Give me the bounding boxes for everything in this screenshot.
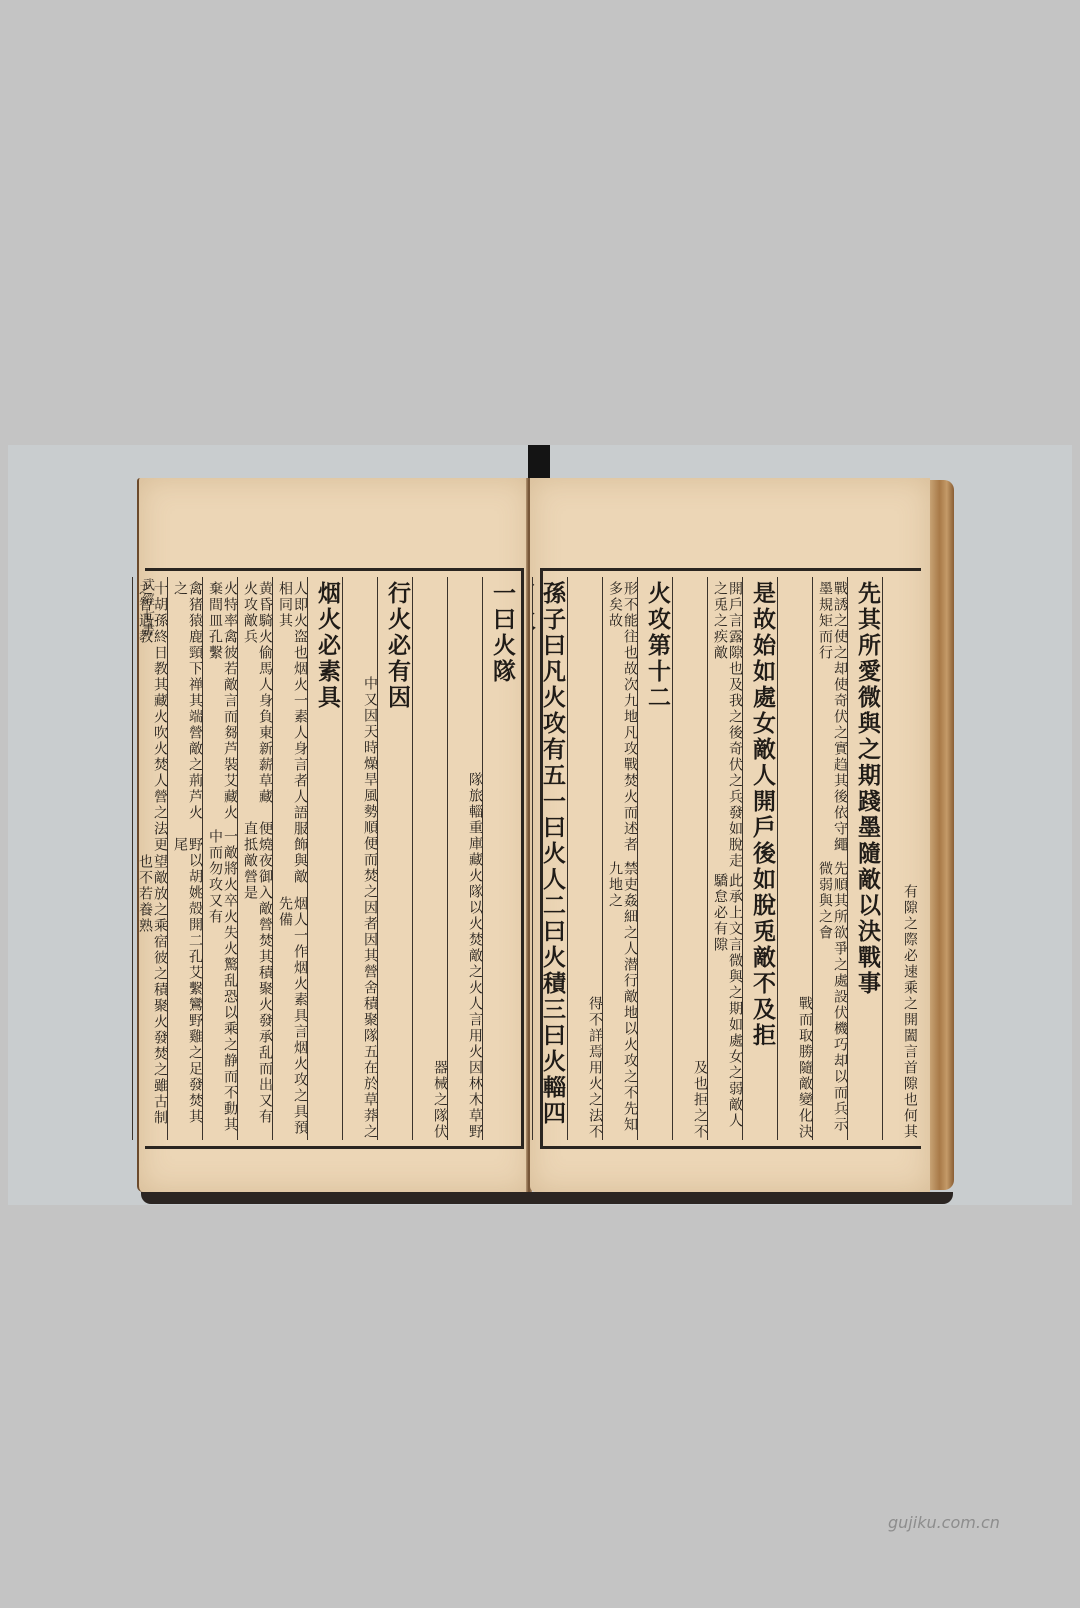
annotation-line: 人即火盗也烟火一素人身言者人語服飾與敵相同其 (273, 581, 307, 896)
left-page: 武經七書 一曰火隊火人言用火因林木草野隊旅輜重庫藏火隊以火焚敵之之隊伏器械行火必… (137, 478, 530, 1192)
annotation-line: 戰誘之使之却使奇伏之實趋其後依守繩墨規矩而行 (813, 581, 847, 861)
annotation-line: 隊旅輜重庫藏火隊以火焚敵之 (448, 772, 482, 980)
text-column-annotation: 之隊伏器械 (412, 577, 447, 1140)
annotation-line: 形不能往也故次九地凡攻戰焚火而述者多矣故 (603, 581, 637, 861)
annotation-line: 先順其所欲爭之處設伏機巧却以而兵示微弱與之會 (813, 861, 847, 1141)
annotation-line: 開戶言露隙也及我之後奇伏之兵發如脫走之兎之疾敵 (708, 581, 742, 873)
text-column-annotation: 火人言用火因林木草野隊旅輜重庫藏火隊以火焚敵之 (447, 577, 482, 1140)
text-column-annotation: 一敵將火卒火失火驚乱恐以乘之静而不動其中而勿攻又有火特率禽彼若敵言而芻芦裝艾藏火… (202, 577, 237, 1140)
text-column-heading: 火攻第十二 (637, 577, 672, 1140)
text-column-annotation: 因者因其營舍積聚隊五在於草莽之中又因天時燥旱風勢順便而焚之 (342, 577, 377, 1140)
text-column-annotation: 此承上文言微與之期如處女之弱敵人驕怠必有隙開戶言露隙也及我之後奇伏之兵發如脫走之… (707, 577, 742, 1140)
text-column-annotation: 用火之法不得不詳焉 (567, 577, 602, 1140)
annotation-line: 火特率禽彼若敵言而芻芦裝艾藏火棄間皿孔繫 (203, 581, 237, 829)
annotation-line: 拒之不 (673, 1092, 707, 1140)
text-column-heading: 行火必有因 (377, 577, 412, 1140)
page-fore-edge (930, 480, 954, 1190)
text-column-heading: 烟火必素具 (307, 577, 342, 1140)
annotation-line: 此承上文言微與之期如處女之弱敵人驕怠必有隙 (708, 873, 742, 1140)
text-column-annotation: 拒之不及也 (672, 577, 707, 1140)
text-column-heading: 一曰火隊 (482, 577, 517, 1140)
annotation-line: 野以胡姚殻開二孔艾繫鸞野雞之足發焚其尾 (168, 837, 202, 1140)
annotation-line: 因者因其營舍積聚隊五在於草莽之 (343, 900, 377, 1140)
annotation-line: 用火之法不 (568, 1060, 602, 1140)
annotation-line: 十胡孫終日教其藏火吹火焚人營之法更之智遇教 (133, 581, 167, 854)
book-shadow (141, 1192, 953, 1204)
text-column-annotation: 野以胡姚殻開二孔艾繫鸞野雞之足發焚其尾禽猪猿鹿頸下禅其端營敵之荊芦火之 (167, 577, 202, 1140)
print-frame-right: 開闔言首隙也何其有隙之際必速乘之先其所愛微與之期踐墨隨敵以決戰事先順其所欲爭之處… (540, 568, 921, 1149)
text-columns-right: 開闔言首隙也何其有隙之際必速乘之先其所愛微與之期踐墨隨敵以決戰事先順其所欲爭之處… (547, 577, 917, 1140)
text-columns-left: 一曰火隊火人言用火因林木草野隊旅輜重庫藏火隊以火焚敵之之隊伏器械行火必有因因者因… (149, 577, 517, 1140)
annotation-line: 一敵將火卒火失火驚乱恐以乘之静而不動其中而勿攻又有 (203, 829, 237, 1140)
annotation-line: 有隙之際必速乘之 (883, 884, 917, 1012)
annotation-line: 望敵放之乘宿彼之積聚火發焚之雖古制也不若養熟 (133, 854, 167, 1140)
annotation-line: 便燒夜御入敵營焚其積聚火發承乱而出又有直抵敵營是 (238, 821, 272, 1140)
annotation-line: 戰而取勝 (778, 996, 812, 1060)
annotation-line: 火人言用火因林木草野 (448, 980, 482, 1140)
annotation-line: 中又因天時燥旱風勢順便而焚之 (343, 676, 377, 900)
annotation-line: 之隊伏 (413, 1092, 447, 1140)
text-column-heading: 先其所愛微與之期踐墨隨敵以決戰事 (847, 577, 882, 1140)
text-column-annotation: 開闔言首隙也何其有隙之際必速乘之 (882, 577, 917, 1140)
annotation-line: 隨敵變化決 (778, 1060, 812, 1140)
open-book: 武經七書 一曰火隊火人言用火因林木草野隊旅輜重庫藏火隊以火焚敵之之隊伏器械行火必… (137, 478, 957, 1206)
annotation-line: 黄昏騎火偷馬人身負東新薪草藏火攻敵兵 (238, 581, 272, 821)
text-column-heading: 是故始如處女敵人開戶後如脫兎敵不及拒 (742, 577, 777, 1140)
annotation-line: 烟人一作烟火素具言烟火攻之具預先備 (273, 896, 307, 1140)
annotation-line: 禽猪猿鹿頸下禅其端營敵之荊芦火之 (168, 581, 202, 837)
text-column-annotation: 烟人一作烟火素具言烟火攻之具預先備人即火盗也烟火一素人身言者人語服飾與敵相同其 (272, 577, 307, 1140)
watermark: gujiku.com.cn (888, 1513, 1000, 1532)
text-column-annotation: 禁吏姦細之人潜行敵地以火攻之不先知九地之形不能往也故次九地凡攻戰焚火而述者多矣故 (602, 577, 637, 1140)
text-column-annotation: 先順其所欲爭之處設伏機巧却以而兵示微弱與之會戰誘之使之却使奇伏之實趋其後依守繩墨… (812, 577, 847, 1140)
print-frame-left: 一曰火隊火人言用火因林木草野隊旅輜重庫藏火隊以火焚敵之之隊伏器械行火必有因因者因… (145, 568, 524, 1149)
annotation-line: 器械 (413, 1060, 447, 1092)
annotation-line: 及也 (673, 1060, 707, 1092)
text-column-annotation: 望敵放之乘宿彼之積聚火發焚之雖古制也不若養熟十胡孫終日教其藏火吹火焚人營之法更之… (132, 577, 167, 1140)
text-column-annotation: 隨敵變化決戰而取勝 (777, 577, 812, 1140)
annotation-line: 禁吏姦細之人潜行敵地以火攻之不先知九地之 (603, 861, 637, 1141)
text-column-heading: 孫子曰凡火攻有五一曰火人二曰火積三曰火輜四曰火 (532, 577, 567, 1140)
annotation-line: 開闔言首隙也何其 (883, 1012, 917, 1140)
text-column-annotation: 便燒夜御入敵營焚其積聚火發承乱而出又有直抵敵營是黄昏騎火偷馬人身負東新薪草藏火攻… (237, 577, 272, 1140)
annotation-line: 得不詳焉 (568, 996, 602, 1060)
right-page: 開闔言首隙也何其有隙之際必速乘之先其所愛微與之期踐墨隨敵以決戰事先順其所欲爭之處… (530, 478, 930, 1192)
